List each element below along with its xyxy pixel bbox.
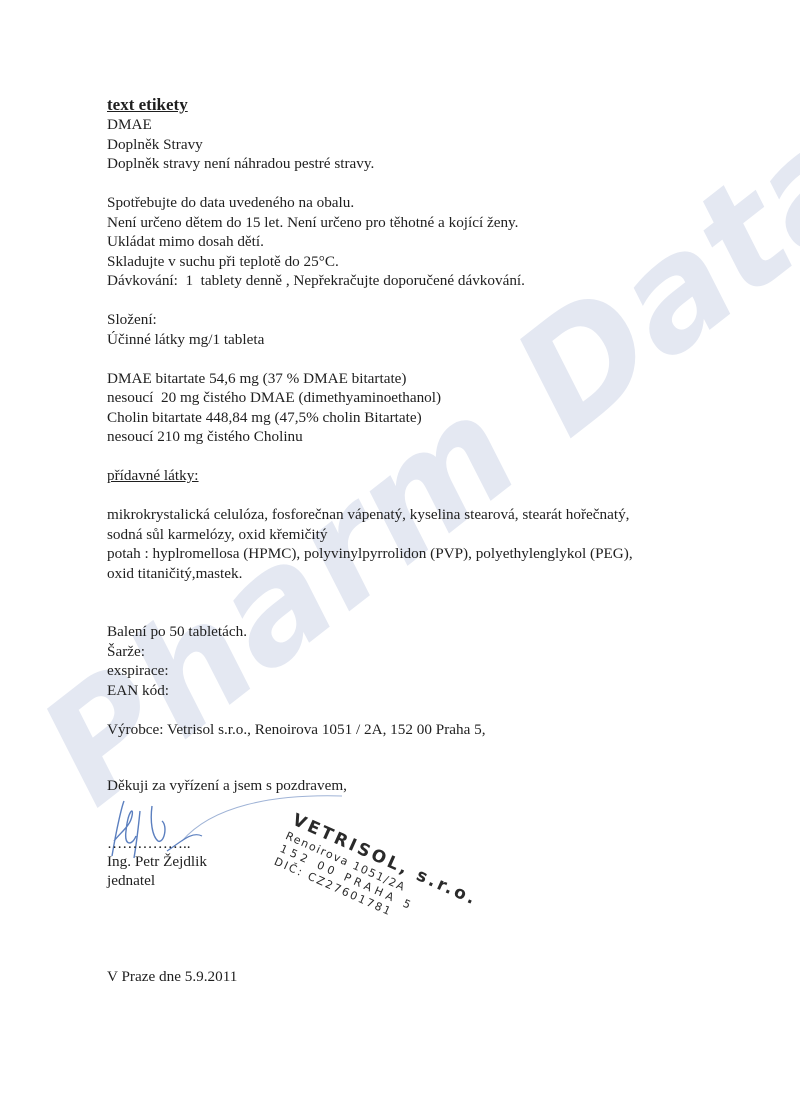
batch-label: Šarže: xyxy=(107,642,727,662)
manufacturer-line: Výrobce: Vetrisol s.r.o., Renoirova 1051… xyxy=(107,720,727,740)
additives-line: potah : hyplromellosa (HPMC), polyvinylp… xyxy=(107,544,727,564)
composition-subheading: Účinné látky mg/1 tableta xyxy=(107,330,727,350)
instruction-line: Dávkování: 1 tablety denně , Nepřekračuj… xyxy=(107,271,727,291)
additives-heading: přídavné látky: xyxy=(107,466,727,486)
signature-block: Děkuji za vyřízení a jsem s pozdravem, V… xyxy=(107,776,507,936)
document-body: text etikety DMAE Doplněk Stravy Doplněk… xyxy=(107,94,727,739)
instruction-line: Ukládat mimo dosah dětí. xyxy=(107,232,727,252)
ingredient-line: nesoucí 20 mg čistého DMAE (dimethyamino… xyxy=(107,388,727,408)
ingredient-line: DMAE bitartate 54,6 mg (37 % DMAE bitart… xyxy=(107,369,727,389)
composition-heading: Složení: xyxy=(107,310,727,330)
instruction-line: Spotřebujte do data uvedeného na obalu. xyxy=(107,193,727,213)
instruction-line: Není určeno dětem do 15 let. Není určeno… xyxy=(107,213,727,233)
ingredient-line: Cholin bitartate 448,84 mg (47,5% cholin… xyxy=(107,408,727,428)
ean-label: EAN kód: xyxy=(107,681,727,701)
product-category: Doplněk Stravy xyxy=(107,135,727,155)
signatory-role: jednatel xyxy=(107,871,155,891)
additives-line: oxid titaničitý,mastek. xyxy=(107,564,727,584)
packaging-line: Balení po 50 tabletách. xyxy=(107,622,727,642)
date-line: V Praze dne 5.9.2011 xyxy=(107,968,237,986)
signatory-name: Ing. Petr Žejdlik xyxy=(107,852,207,872)
company-stamp: VETRISOL, s.r.o. Renoirova 1051/2A 152 0… xyxy=(272,811,480,949)
instruction-line: Skladujte v suchu při teplotě do 25°C. xyxy=(107,252,727,272)
document-title: text etikety xyxy=(107,94,727,115)
product-name: DMAE xyxy=(107,115,727,135)
signature-dots: …………….. xyxy=(107,834,191,854)
additives-line: sodná sůl karmelózy, oxid křemičitý xyxy=(107,525,727,545)
expiry-label: exspirace: xyxy=(107,661,727,681)
product-disclaimer: Doplněk stravy není náhradou pestré stra… xyxy=(107,154,727,174)
ingredient-line: nesoucí 210 mg čistého Cholinu xyxy=(107,427,727,447)
additives-line: mikrokrystalická celulóza, fosforečnan v… xyxy=(107,505,727,525)
